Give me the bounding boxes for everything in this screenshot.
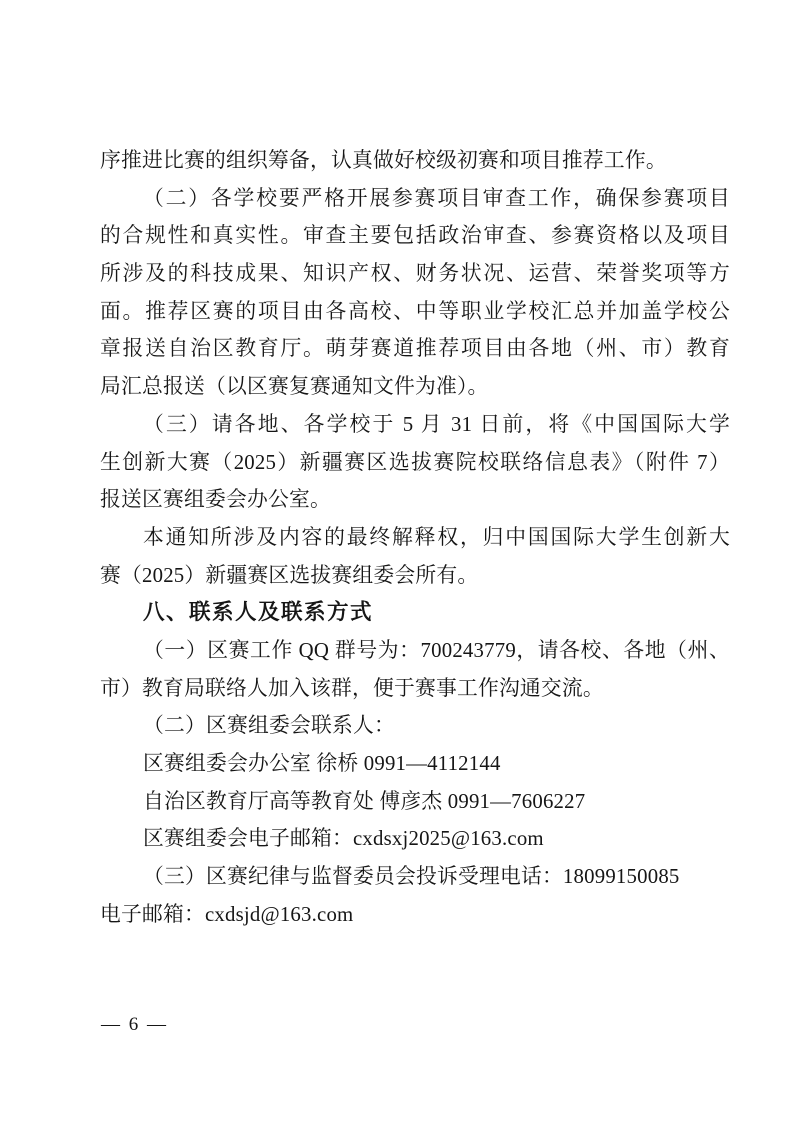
text-line: （三）请各地、各学校于 5 月 31 日前，将《中国国际大学 — [100, 406, 730, 444]
text-line: （三）区赛纪律与监督委员会投诉受理电话：18099150085 — [100, 858, 730, 896]
text-line: （二）区赛组委会联系人： — [100, 707, 730, 745]
document-page: 序推进比赛的组织筹备，认真做好校级初赛和项目推荐工作。（二）各学校要严格开展参赛… — [0, 0, 793, 1122]
text-line: 电子邮箱：cxdsjd@163.com — [100, 896, 730, 934]
text-line: 报送区赛组委会办公室。 — [100, 481, 730, 519]
text-line: 章报送自治区教育厅。萌芽赛道推荐项目由各地（州、市）教育 — [100, 330, 730, 368]
text-line: 序推进比赛的组织筹备，认真做好校级初赛和项目推荐工作。 — [100, 142, 730, 180]
text-line: 区赛组委会电子邮箱：cxdsxj2025@163.com — [100, 820, 730, 858]
document-body: 序推进比赛的组织筹备，认真做好校级初赛和项目推荐工作。（二）各学校要严格开展参赛… — [100, 142, 730, 933]
text-line: 自治区教育厅高等教育处 傅彦杰 0991—7606227 — [100, 783, 730, 821]
text-line: 所涉及的科技成果、知识产权、财务状况、运营、荣誉奖项等方 — [100, 255, 730, 293]
text-line: （二）各学校要严格开展参赛项目审查工作，确保参赛项目 — [100, 180, 730, 218]
text-line: 生创新大赛（2025）新疆赛区选拔赛院校联络信息表》（附件 7） — [100, 444, 730, 482]
text-line: 面。推荐区赛的项目由各高校、中等职业学校汇总并加盖学校公 — [100, 293, 730, 331]
page-number: — 6 — — [101, 1011, 168, 1039]
text-line: （一）区赛工作 QQ 群号为：700243779，请各校、各地（州、 — [100, 632, 730, 670]
text-line: 赛（2025）新疆赛区选拔赛组委会所有。 — [100, 557, 730, 595]
text-line: 市）教育局联络人加入该群，便于赛事工作沟通交流。 — [100, 670, 730, 708]
text-line: 的合规性和真实性。审查主要包括政治审查、参赛资格以及项目 — [100, 217, 730, 255]
text-line: 本通知所涉及内容的最终解释权，归中国国际大学生创新大 — [100, 519, 730, 557]
text-line: 八、联系人及联系方式 — [100, 594, 730, 632]
text-line: 局汇总报送（以区赛复赛通知文件为准）。 — [100, 368, 730, 406]
text-line: 区赛组委会办公室 徐桥 0991—4112144 — [100, 745, 730, 783]
